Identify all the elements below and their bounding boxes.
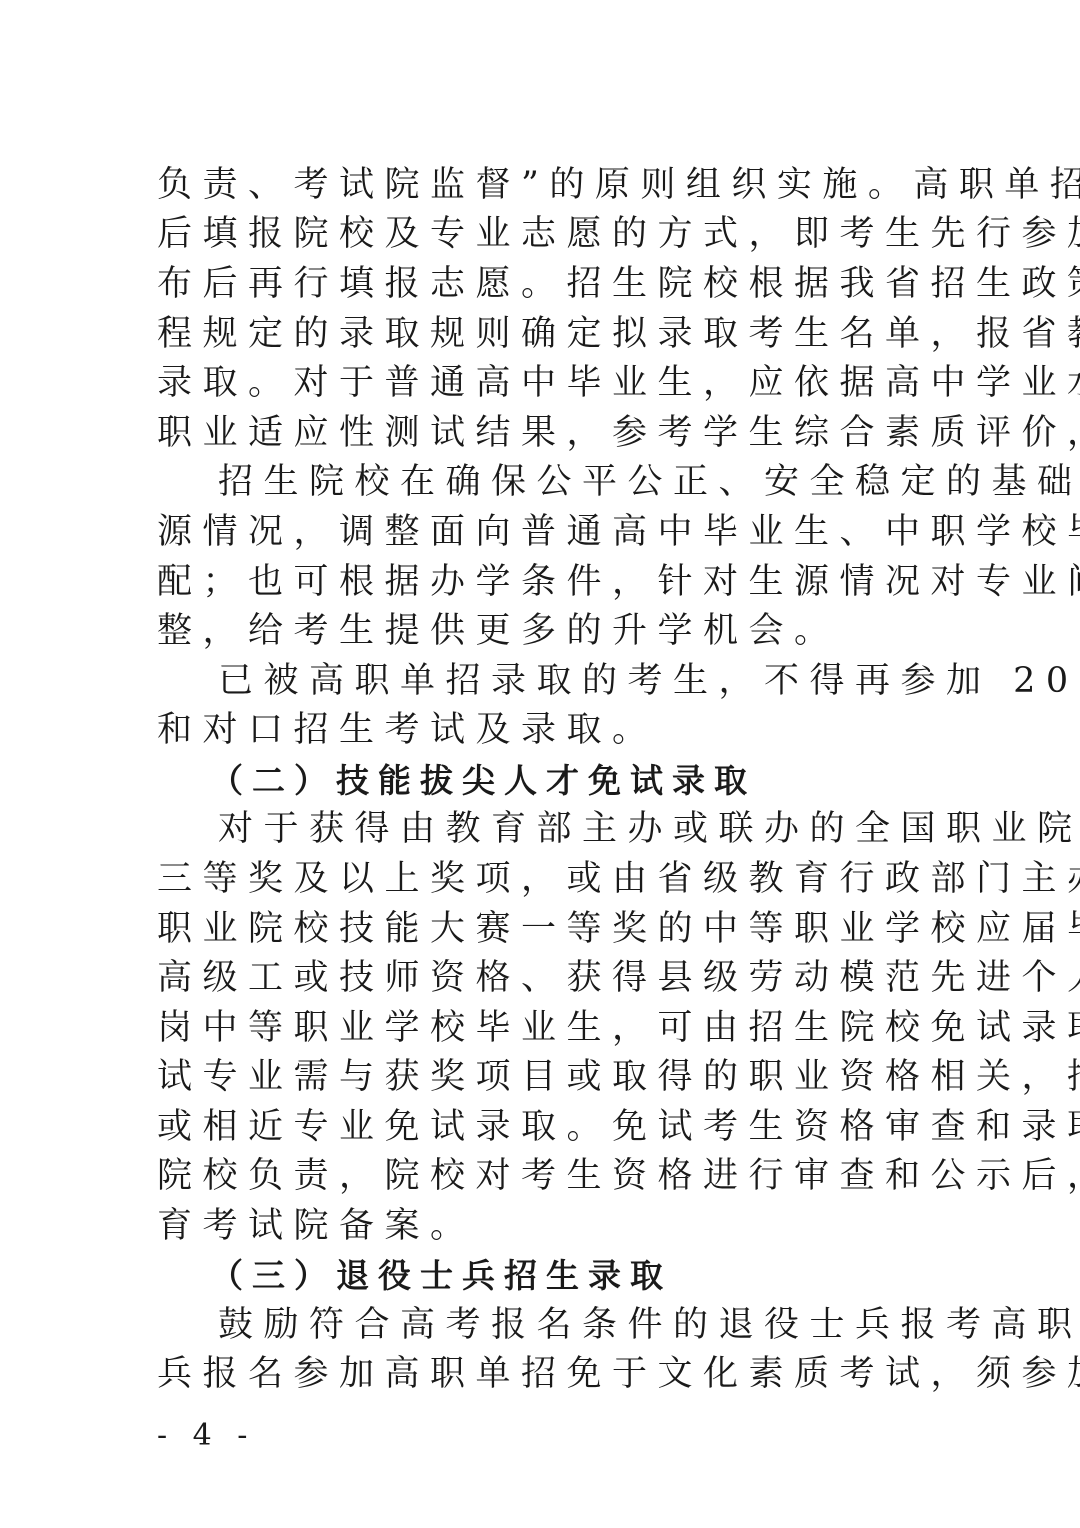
- body-line: 职业适应性测试结果，参考学生综合素质评价，择优录取。: [157, 409, 1080, 458]
- body-line: 试专业需与获奖项目或取得的职业资格相关，招生院校在相同: [157, 1053, 1080, 1102]
- body-line: 源情况，调整面向普通高中毕业生、中职学校毕业生的计划分: [157, 508, 1080, 557]
- body-line: 录取。对于普通高中毕业生，应依据高中学业水平考试成绩和: [157, 359, 1080, 408]
- body-line: 后填报院校及专业志愿的方式，即考生先行参加考试，成绩公: [157, 210, 1080, 259]
- section-heading: （三）退役士兵招生录取: [210, 1251, 672, 1300]
- document-page: 负责、考试院监督”的原则组织实施。高职单招实行成绩公布 后填报院校及专业志愿的方…: [0, 0, 1080, 1528]
- body-line: 高级工或技师资格、获得县级劳动模范先进个人称号的在职在: [157, 954, 1080, 1003]
- page-number: - 4 -: [157, 1418, 255, 1453]
- body-line: 院校负责，院校对考生资格进行审查和公示后，按程序报省教: [157, 1152, 1080, 1201]
- body-line: 和对口招生考试及录取。: [157, 706, 658, 755]
- section-heading: （二）技能拔尖人才免试录取: [210, 756, 756, 805]
- body-line: 岗中等职业学校毕业生，可由招生院校免试录取。考生申请免: [157, 1004, 1080, 1053]
- body-line: 配；也可根据办学条件，针对生源情况对专业间计划作必要调: [157, 558, 1080, 607]
- body-line: 布后再行填报志愿。招生院校根据我省招生政策和学校招生章: [157, 260, 1080, 309]
- body-line: 三等奖及以上奖项，或由省级教育行政部门主办或联办的省级: [157, 855, 1080, 904]
- body-line: 或相近专业免试录取。免试考生资格审查和录取工作由各单招: [157, 1103, 1080, 1152]
- body-line: 负责、考试院监督”的原则组织实施。高职单招实行成绩公布: [157, 161, 1080, 210]
- body-line: 程规定的录取规则确定拟录取考生名单，报省教育考试院审核、: [157, 310, 1080, 359]
- paragraph-start-line: 已被高职单招录取的考生，不得再参加 2023 年普通高考: [218, 657, 1080, 706]
- paragraph-start-line: 鼓励符合高考报名条件的退役士兵报考高职单招。退役士: [218, 1301, 1080, 1350]
- body-line: 兵报名参加高职单招免于文化素质考试，须参加职业技能考试，: [157, 1350, 1080, 1399]
- paragraph-start-line: 招生院校在确保公平公正、安全稳定的基础上，可根据生: [218, 458, 1080, 507]
- body-line: 育考试院备案。: [157, 1202, 476, 1251]
- body-line: 职业院校技能大赛一等奖的中等职业学校应届毕业生，和具有: [157, 905, 1080, 954]
- paragraph-start-line: 对于获得由教育部主办或联办的全国职业院校技能大赛: [218, 805, 1080, 854]
- body-line: 整，给考生提供更多的升学机会。: [157, 607, 840, 656]
